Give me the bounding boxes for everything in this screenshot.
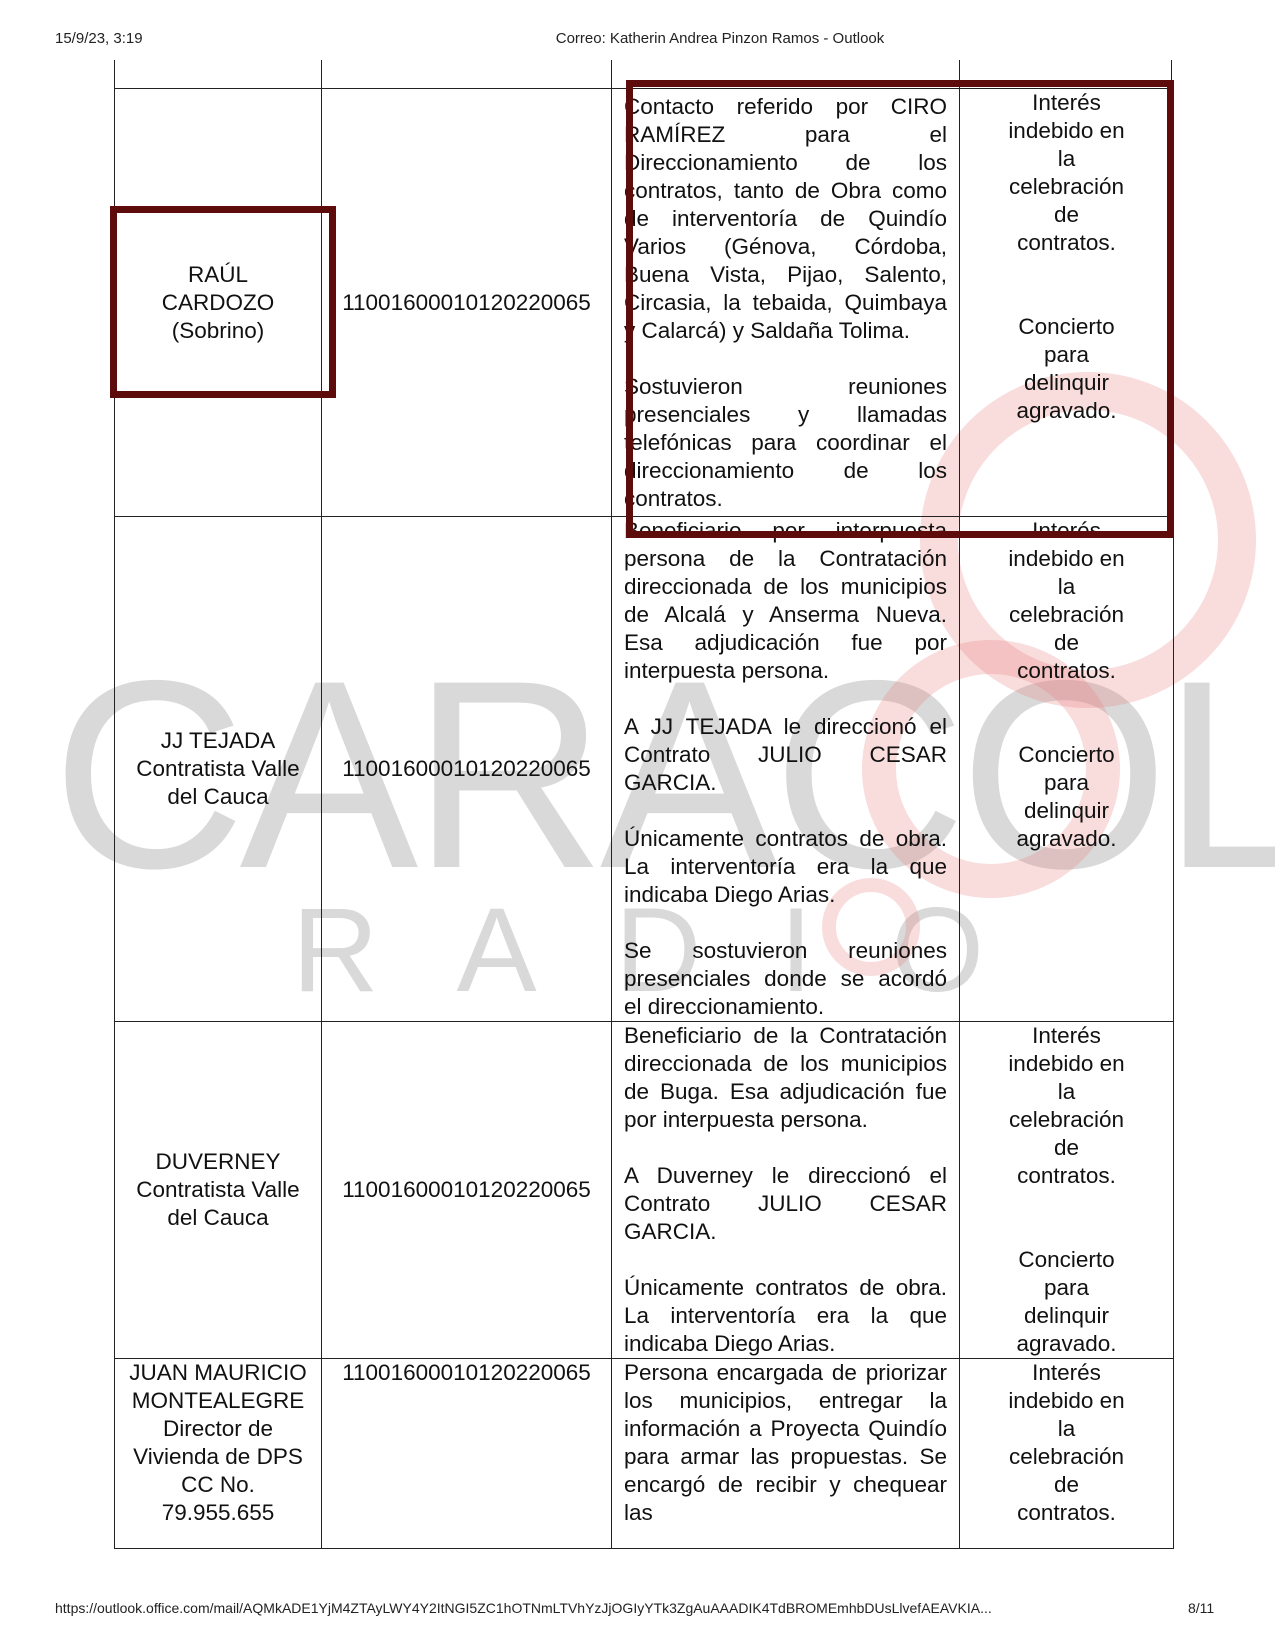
description-paragraph: Beneficiario por interpuesta persona de …: [624, 517, 947, 685]
table-continuation-top: [114, 60, 1173, 89]
crime-line: la: [960, 145, 1173, 173]
crime-line: contratos.: [960, 657, 1173, 685]
name-line: del Cauca: [115, 1204, 321, 1232]
crime-line: contratos.: [960, 1499, 1173, 1527]
cell-radicado: 11001600010120220065: [322, 1022, 612, 1359]
name-line: del Cauca: [115, 783, 321, 811]
crime-line: de: [960, 201, 1173, 229]
description-paragraph: Contacto referido por CIRO RAMÍREZ para …: [624, 93, 947, 345]
crime-line: Interés: [960, 1022, 1173, 1050]
name-line: JJ TEJADA: [115, 727, 321, 755]
cell-radicado: 11001600010120220065: [322, 517, 612, 1022]
print-page-title: Correo: Katherin Andrea Pinzon Ramos - O…: [0, 30, 1275, 47]
description-paragraph: A Duverney le direccionó el Contrato JUL…: [624, 1162, 947, 1246]
crime-line: para: [960, 769, 1173, 797]
crime-line: de: [960, 1134, 1173, 1162]
cell-crimes: Interésindebido enlacelebracióndecontrat…: [960, 1022, 1174, 1359]
cell-radicado: 11001600010120220065: [322, 1359, 612, 1549]
crime-spacer: [960, 685, 1173, 741]
description-paragraph: Únicamente contratos de obra. La interve…: [624, 1274, 947, 1358]
description-paragraph: Beneficiario de la Contratación direccio…: [624, 1022, 947, 1134]
crime-line: contratos.: [960, 1162, 1173, 1190]
crime-line: celebración: [960, 1443, 1173, 1471]
name-line: DUVERNEY: [115, 1148, 321, 1176]
description-paragraph: A JJ TEJADA le direccionó el Contrato JU…: [624, 713, 947, 797]
crime-line: indebido en: [960, 545, 1173, 573]
table-row: JUAN MAURICIOMONTEALEGREDirector deVivie…: [115, 1359, 1174, 1549]
crime-line: agravado.: [960, 397, 1173, 425]
crime-line: indebido en: [960, 117, 1173, 145]
cell-radicado: 11001600010120220065: [322, 89, 612, 517]
name-line: MONTEALEGRE: [115, 1387, 321, 1415]
name-line: RAÚL: [115, 261, 321, 289]
table-row: JJ TEJADAContratista Valledel Cauca11001…: [115, 517, 1174, 1022]
crime-line: indebido en: [960, 1387, 1173, 1415]
crime-line: agravado.: [960, 1330, 1173, 1358]
name-line: (Sobrino): [115, 317, 321, 345]
cell-name: DUVERNEYContratista Valledel Cauca: [115, 1022, 322, 1359]
cell-description: Beneficiario de la Contratación direccio…: [612, 1022, 960, 1359]
crime-line: delinquir: [960, 369, 1173, 397]
crime-spacer: [960, 257, 1173, 313]
crime-line: delinquir: [960, 1302, 1173, 1330]
cell-description: Contacto referido por CIRO RAMÍREZ para …: [612, 89, 960, 517]
name-line: JUAN MAURICIO: [115, 1359, 321, 1387]
crime-line: para: [960, 1274, 1173, 1302]
crime-line: celebración: [960, 601, 1173, 629]
cell-crimes: Interésindebido enlacelebracióndecontrat…: [960, 89, 1174, 517]
crime-line: de: [960, 1471, 1173, 1499]
print-page-number: 8/11: [1188, 1600, 1214, 1616]
crime-line: la: [960, 573, 1173, 601]
crime-line: de: [960, 629, 1173, 657]
name-line: 79.955.655: [115, 1499, 321, 1527]
crime-line: la: [960, 1415, 1173, 1443]
name-line: CARDOZO: [115, 289, 321, 317]
name-line: Director de: [115, 1415, 321, 1443]
crime-line: Interés: [960, 517, 1173, 545]
cell-crimes: Interésindebido enlacelebracióndecontrat…: [960, 1359, 1174, 1549]
print-url: https://outlook.office.com/mail/AQMkADE1…: [55, 1600, 992, 1616]
name-line: Contratista Valle: [115, 1176, 321, 1204]
name-line: Vivienda de DPS: [115, 1443, 321, 1471]
crime-line: Interés: [960, 89, 1173, 117]
crime-line: delinquir: [960, 797, 1173, 825]
crime-line: indebido en: [960, 1050, 1173, 1078]
crime-line: para: [960, 341, 1173, 369]
description-paragraph: Persona encargada de priorizar los munic…: [624, 1359, 947, 1527]
description-paragraph: Sostuvieron reuniones presenciales y lla…: [624, 373, 947, 513]
cell-crimes: Interésindebido enlacelebracióndecontrat…: [960, 517, 1174, 1022]
crime-line: agravado.: [960, 825, 1173, 853]
description-paragraph: Se sostuvieron reuniones presenciales do…: [624, 937, 947, 1021]
cell-name: JJ TEJADAContratista Valledel Cauca: [115, 517, 322, 1022]
crime-spacer: [960, 1190, 1173, 1246]
crime-line: la: [960, 1078, 1173, 1106]
name-line: CC No.: [115, 1471, 321, 1499]
crime-line: Concierto: [960, 1246, 1173, 1274]
cell-description: Beneficiario por interpuesta persona de …: [612, 517, 960, 1022]
cell-description: Persona encargada de priorizar los munic…: [612, 1359, 960, 1549]
cell-name: RAÚLCARDOZO(Sobrino): [115, 89, 322, 517]
accused-table: RAÚLCARDOZO(Sobrino)11001600010120220065…: [114, 88, 1174, 1549]
table-row: DUVERNEYContratista Valledel Cauca110016…: [115, 1022, 1174, 1359]
table-row: RAÚLCARDOZO(Sobrino)11001600010120220065…: [115, 89, 1174, 517]
name-line: Contratista Valle: [115, 755, 321, 783]
crime-line: celebración: [960, 1106, 1173, 1134]
crime-line: contratos.: [960, 229, 1173, 257]
cell-name: JUAN MAURICIOMONTEALEGREDirector deVivie…: [115, 1359, 322, 1549]
description-paragraph: Únicamente contratos de obra. La interve…: [624, 825, 947, 909]
crime-line: celebración: [960, 173, 1173, 201]
crime-line: Concierto: [960, 741, 1173, 769]
crime-line: Interés: [960, 1359, 1173, 1387]
crime-line: Concierto: [960, 313, 1173, 341]
